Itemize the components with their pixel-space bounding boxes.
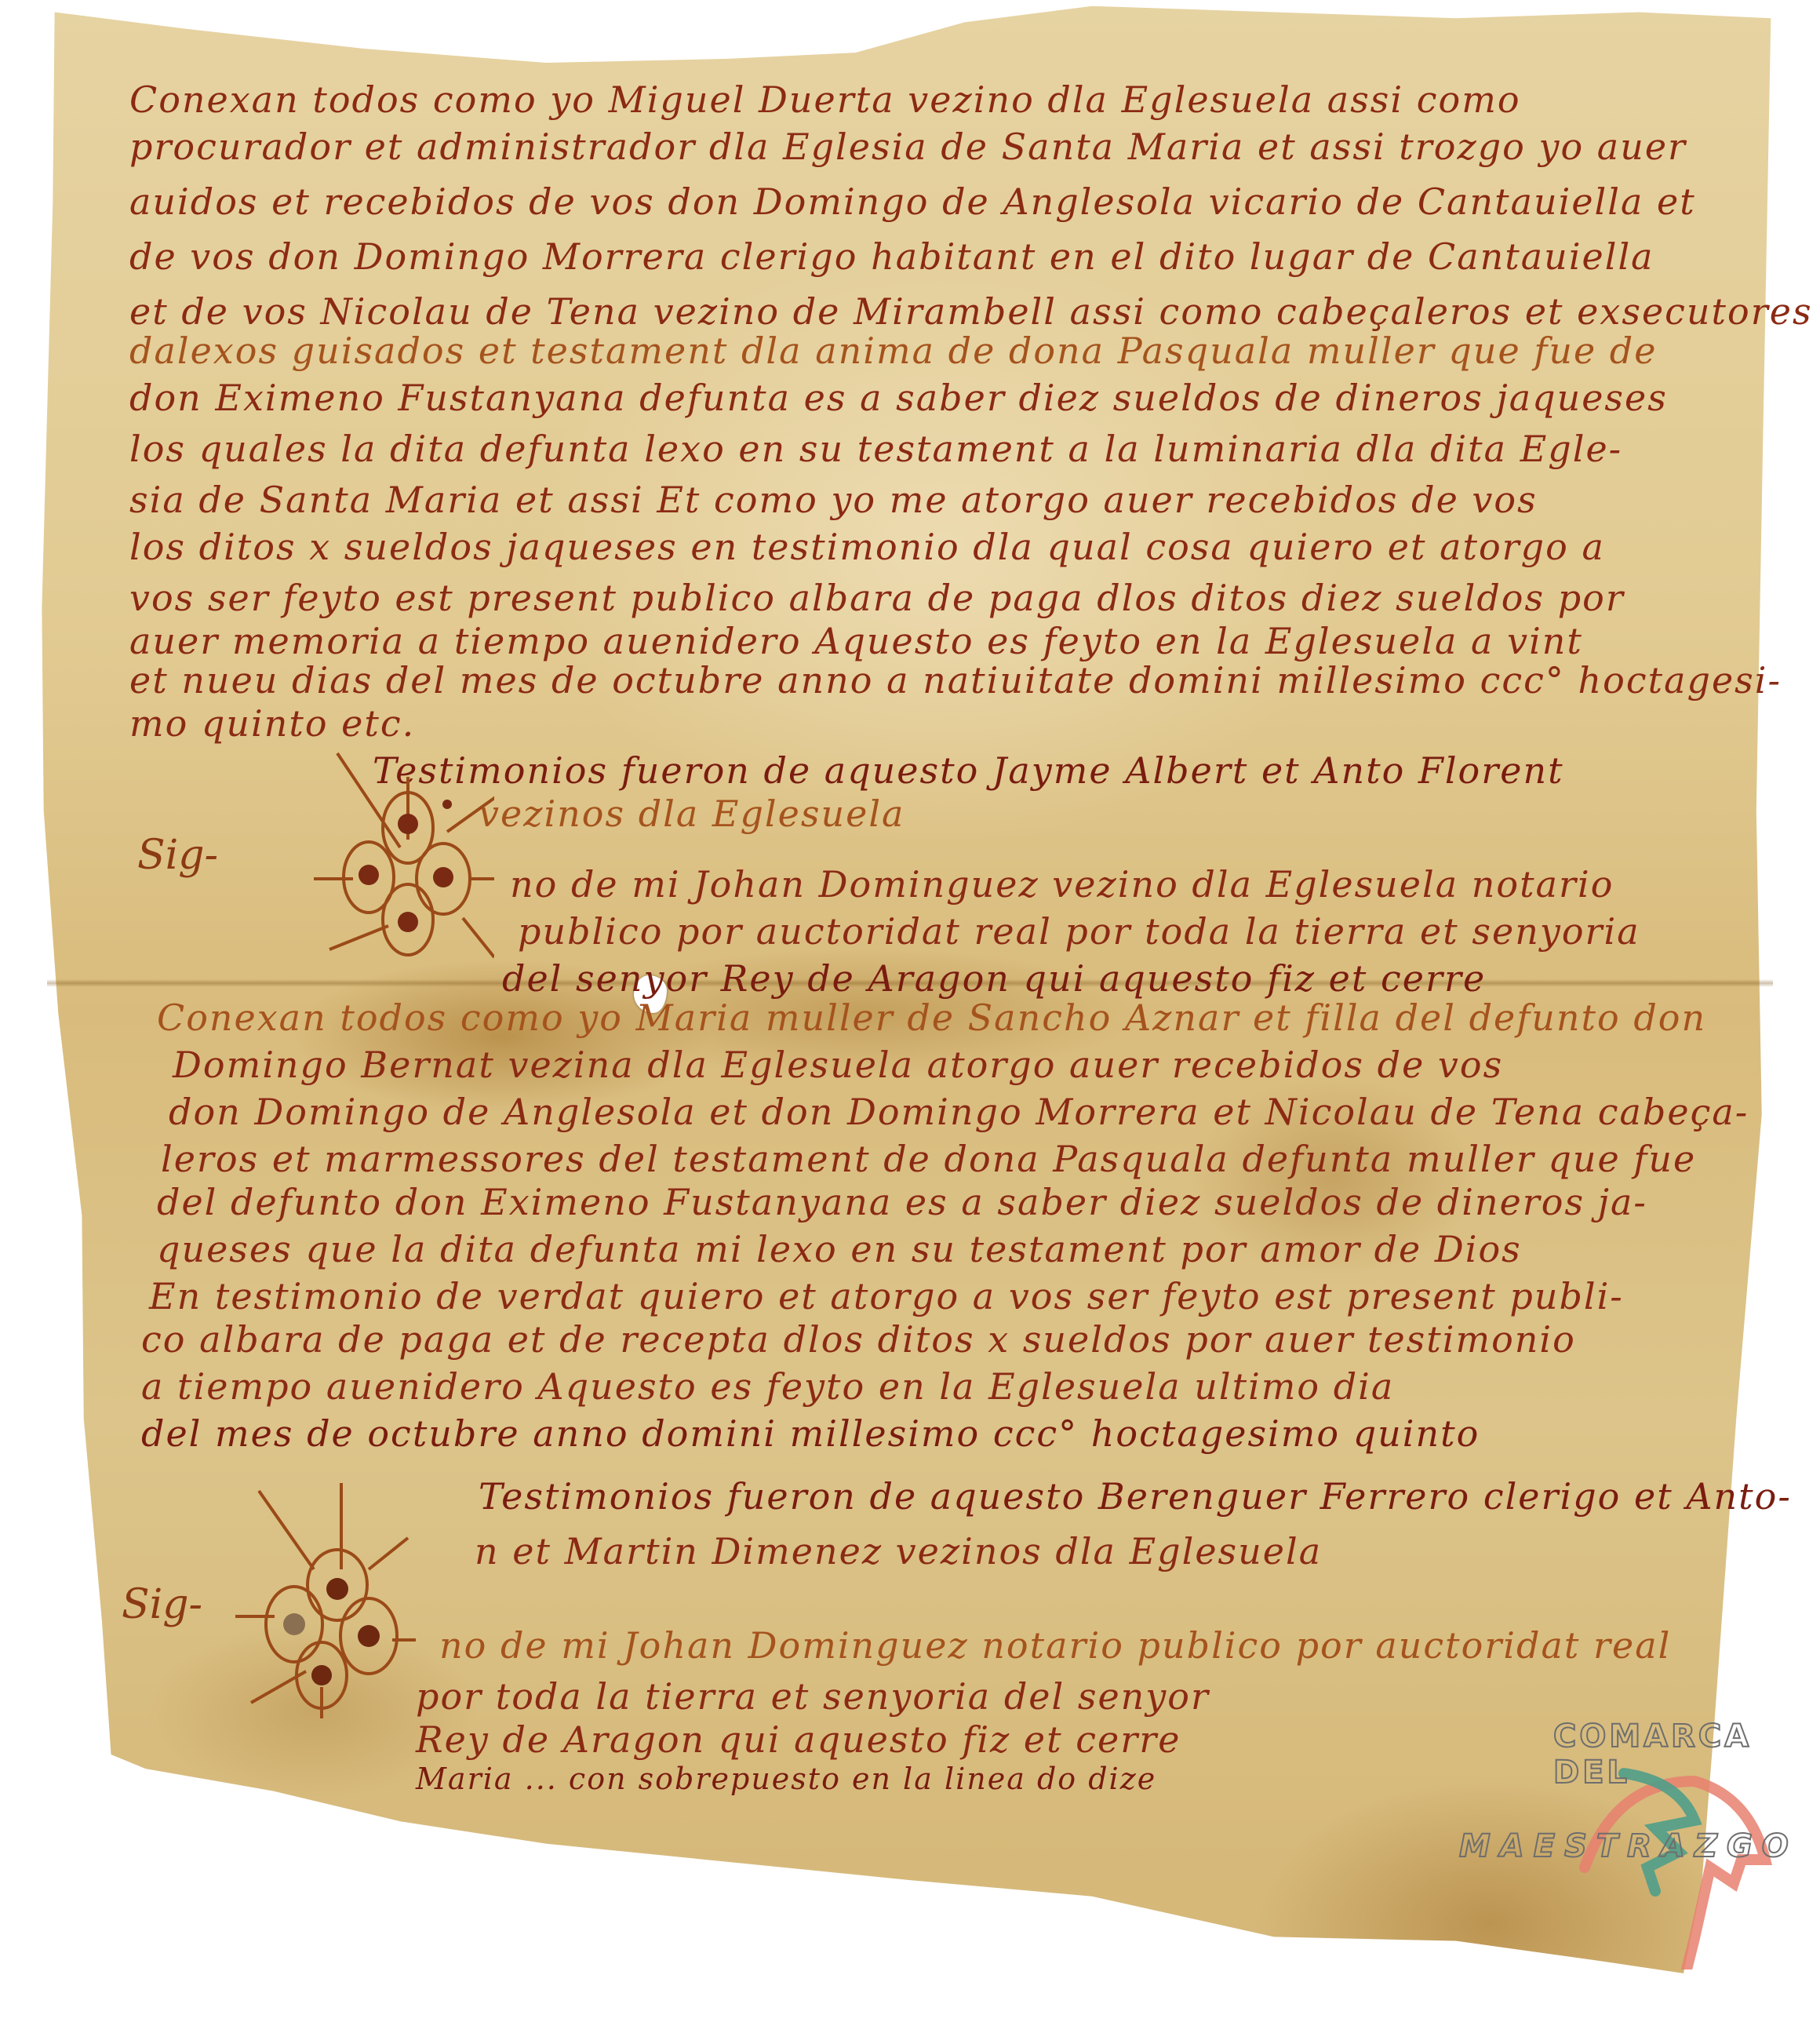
deed2-notary-4: Maria ... con sobrepuesto en la linea do…	[416, 1762, 1156, 1796]
watermark-text-bottom: MAESTRAZGO	[1459, 1828, 1798, 1864]
deed2-line-10: del mes de octubre anno domini millesimo…	[141, 1412, 1480, 1455]
sign-label-1: Sig-	[137, 832, 218, 879]
sign-label-2: Sig-	[122, 1581, 202, 1628]
deed2-notary-2: por toda la tierra et senyoria del senyo…	[416, 1675, 1210, 1718]
deed2-witnesses-1: Testimonios fueron de aquesto Berenguer …	[479, 1475, 1792, 1518]
deed2-line-9: a tiempo auenidero Aquesto es feyto en l…	[141, 1365, 1394, 1408]
scan-page: Conexan todos como yo Miguel Duerta vezi…	[0, 0, 1820, 2026]
deed1-line-7: don Eximeno Fustanyana defunta es a sabe…	[129, 377, 1668, 419]
deed2-line-8: co albara de paga et de recepta dlos dit…	[141, 1318, 1576, 1361]
deed1-line-3: auidos et recebidos de vos don Domingo d…	[129, 180, 1696, 223]
deed1-line-6: dalexos guisados et testament dla anima …	[129, 330, 1657, 372]
deed2-line-1: Conexan todos como yo Maria muller de Sa…	[157, 997, 1706, 1039]
deed1-notary-2: publico por auctoridat real por toda la …	[518, 910, 1640, 953]
deed2-notary-3: Rey de Aragon qui aquesto fiz et cerre	[416, 1718, 1181, 1761]
deed1-witnesses-2: vezinos dla Eglesuela	[479, 793, 905, 835]
watermark-text-top: COMARCA DEL	[1553, 1718, 1804, 1791]
deed1-line-4: de vos don Domingo Morrera clerigo habit…	[129, 235, 1654, 278]
deed1-line-13: et nueu dias del mes de octubre anno a n…	[129, 659, 1782, 701]
watermark: COMARCA DEL MAESTRAZGO	[1459, 1718, 1804, 1875]
deed2-line-3: don Domingo de Anglesola et don Domingo …	[169, 1091, 1749, 1133]
deed1-witnesses-1: Testimonios fueron de aquesto Jayme Albe…	[373, 749, 1564, 792]
deed1-line-1: Conexan todos como yo Miguel Duerta vezi…	[129, 78, 1521, 121]
deed2-line-6: queses que la dita defunta mi lexo en su…	[157, 1228, 1522, 1270]
deed2-notary-1: no de mi Johan Dominguez notario publico…	[439, 1624, 1671, 1667]
deed1-line-5: et de vos Nicolau de Tena vezino de Mira…	[129, 290, 1813, 333]
deed1-line-12: auer memoria a tiempo auenidero Aquesto …	[129, 620, 1583, 662]
notarial-sign-icon	[235, 1483, 416, 1718]
deed1-notary-3: del senyor Rey de Aragon qui aquesto fiz…	[502, 957, 1486, 1000]
deed1-line-9: sia de Santa Maria et assi Et como yo me…	[129, 479, 1538, 521]
deed2-line-2: Domingo Bernat vezina dla Eglesuela ator…	[173, 1044, 1503, 1086]
deed2-line-7: En testimonio de verdat quiero et atorgo…	[149, 1275, 1624, 1317]
deed2-line-4: leros et marmessores del testament de do…	[161, 1138, 1696, 1180]
deed1-notary-1: no de mi Johan Dominguez vezino dla Egle…	[510, 863, 1614, 906]
deed1-line-8: los quales la dita defunta lexo en su te…	[129, 428, 1622, 470]
deed1-line-2: procurador et administrador dla Eglesia …	[129, 126, 1687, 168]
notarial-sign-icon	[314, 745, 494, 981]
deed1-line-11: vos ser feyto est present publico albara…	[129, 577, 1625, 619]
deed2-witnesses-2: n et Martin Dimenez vezinos dla Eglesuel…	[475, 1530, 1322, 1572]
deed1-line-10: los ditos x sueldos jaqueses en testimon…	[129, 526, 1605, 568]
deed2-line-5: del defunto don Eximeno Fustanyana es a …	[157, 1181, 1647, 1223]
deed1-line-14: mo quinto etc.	[129, 702, 415, 745]
